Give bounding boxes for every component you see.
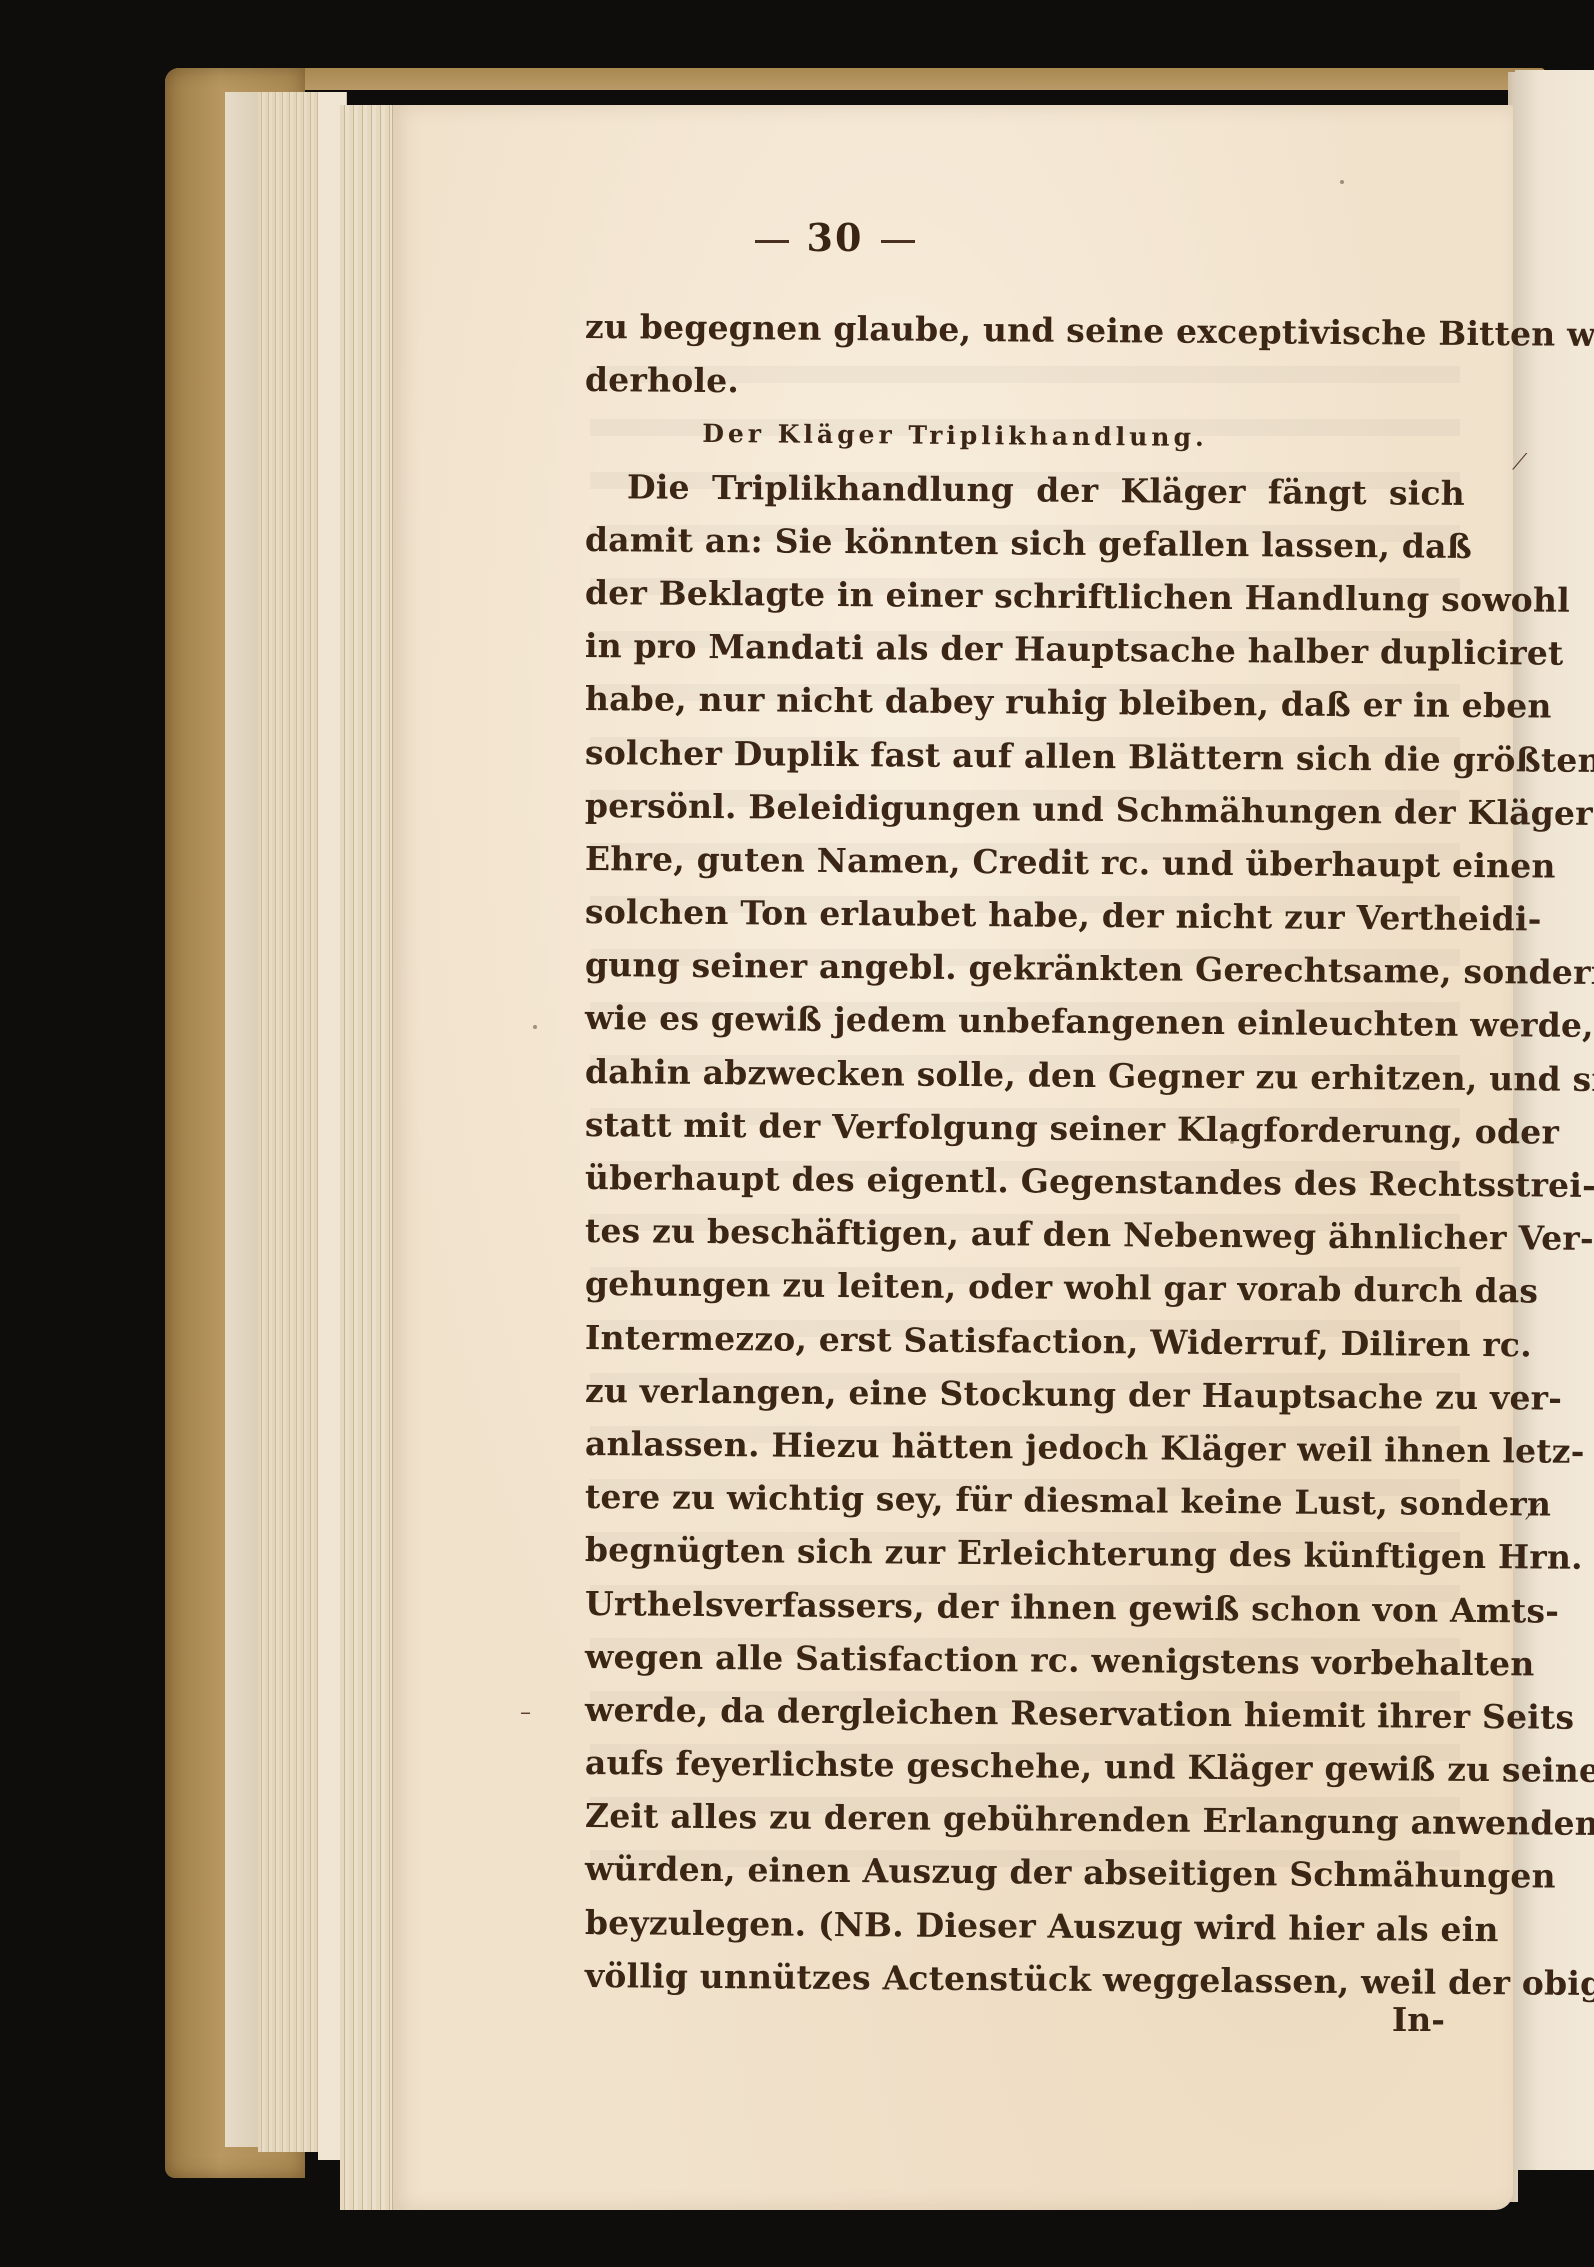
text-line: völlig unnützes Actenstück weggelassen, … bbox=[585, 1949, 1465, 2009]
text-line: zu verlangen, eine Stockung der Hauptsac… bbox=[585, 1364, 1465, 1424]
catchword: In- bbox=[1392, 2000, 1445, 2039]
text-line: wie es gewiß jedem unbefangenen einleuch… bbox=[585, 991, 1465, 1051]
text-line: Ehre, guten Namen, Credit rc. und überha… bbox=[585, 832, 1465, 892]
text-line: der Beklagte in einer schriftlichen Hand… bbox=[585, 566, 1465, 626]
text-line: gehungen zu leiten, oder wohl gar vorab … bbox=[585, 1257, 1465, 1317]
text-line: statt mit der Verfolgung seiner Klagford… bbox=[585, 1098, 1465, 1158]
page-stack-edge bbox=[340, 105, 396, 2210]
text-line: dahin abzwecken solle, den Gegner zu erh… bbox=[585, 1045, 1465, 1105]
margin-mark: – bbox=[520, 1700, 531, 1725]
text-line: derhole. bbox=[585, 353, 1465, 413]
text-line: solchen Ton erlaubet habe, der nicht zur… bbox=[585, 885, 1465, 945]
text-line: tere zu wichtig sey, für diesmal keine L… bbox=[585, 1470, 1465, 1530]
text-line: in pro Mandati als der Hauptsache halber… bbox=[585, 619, 1465, 679]
text-line: begnügten sich zur Erleichterung des kün… bbox=[585, 1523, 1465, 1583]
text-line: gung seiner angebl. gekränkten Gerechtsa… bbox=[585, 938, 1465, 998]
text-line: Urthelsverfassers, der ihnen gewiß schon… bbox=[585, 1577, 1465, 1637]
text-line: Zeit alles zu deren gebührenden Erlangun… bbox=[585, 1789, 1465, 1849]
page-stack-edge bbox=[258, 92, 319, 2152]
text-line: damit an: Sie könnten sich gefallen lass… bbox=[585, 513, 1465, 573]
text-line: zu begegnen glaube, und seine exceptivis… bbox=[585, 300, 1465, 360]
page-number-value: 30 bbox=[807, 215, 864, 260]
text-lines: zu begegnen glaube, und seine exceptivis… bbox=[585, 300, 1465, 2002]
section-heading: Der Kläger Triplikhandlung. bbox=[585, 406, 1465, 466]
text-line: würden, einen Auszug der abseitigen Schm… bbox=[585, 1842, 1465, 1902]
paper-speck bbox=[533, 1025, 537, 1029]
text-line: solcher Duplik fast auf allen Blättern s… bbox=[585, 726, 1465, 786]
page-number-dash-left bbox=[755, 240, 789, 243]
text-line: überhaupt des eigentl. Gegenstandes des … bbox=[585, 1151, 1465, 1211]
page-number: 30 bbox=[585, 215, 1085, 260]
text-line: persönl. Beleidigungen und Schmähungen d… bbox=[585, 779, 1465, 839]
margin-mark: ⟋ bbox=[1512, 450, 1527, 475]
text-line: beyzulegen. (NB. Dieser Auszug wird hier… bbox=[585, 1896, 1465, 1956]
page-number-dash-right bbox=[881, 240, 915, 243]
paper-speck bbox=[1340, 180, 1344, 184]
text-line: tes zu beschäftigen, auf den Nebenweg äh… bbox=[585, 1204, 1465, 1264]
text-line: habe, nur nicht dabey ruhig bleiben, daß… bbox=[585, 672, 1465, 732]
text-line: anlassen. Hiezu hätten jedoch Kläger wei… bbox=[585, 1417, 1465, 1477]
book-cover-top-edge bbox=[165, 68, 1545, 90]
text-line: wegen alle Satisfaction rc. wenigstens v… bbox=[585, 1630, 1465, 1690]
text-line: aufs feyerlichste geschehe, und Kläger g… bbox=[585, 1736, 1465, 1796]
text-line: Intermezzo, erst Satisfaction, Widerruf,… bbox=[585, 1311, 1465, 1371]
text-line: werde, da dergleichen Reservation hiemit… bbox=[585, 1683, 1465, 1743]
text-line: Die Triplikhandlung der Kläger fängt sic… bbox=[585, 460, 1465, 520]
